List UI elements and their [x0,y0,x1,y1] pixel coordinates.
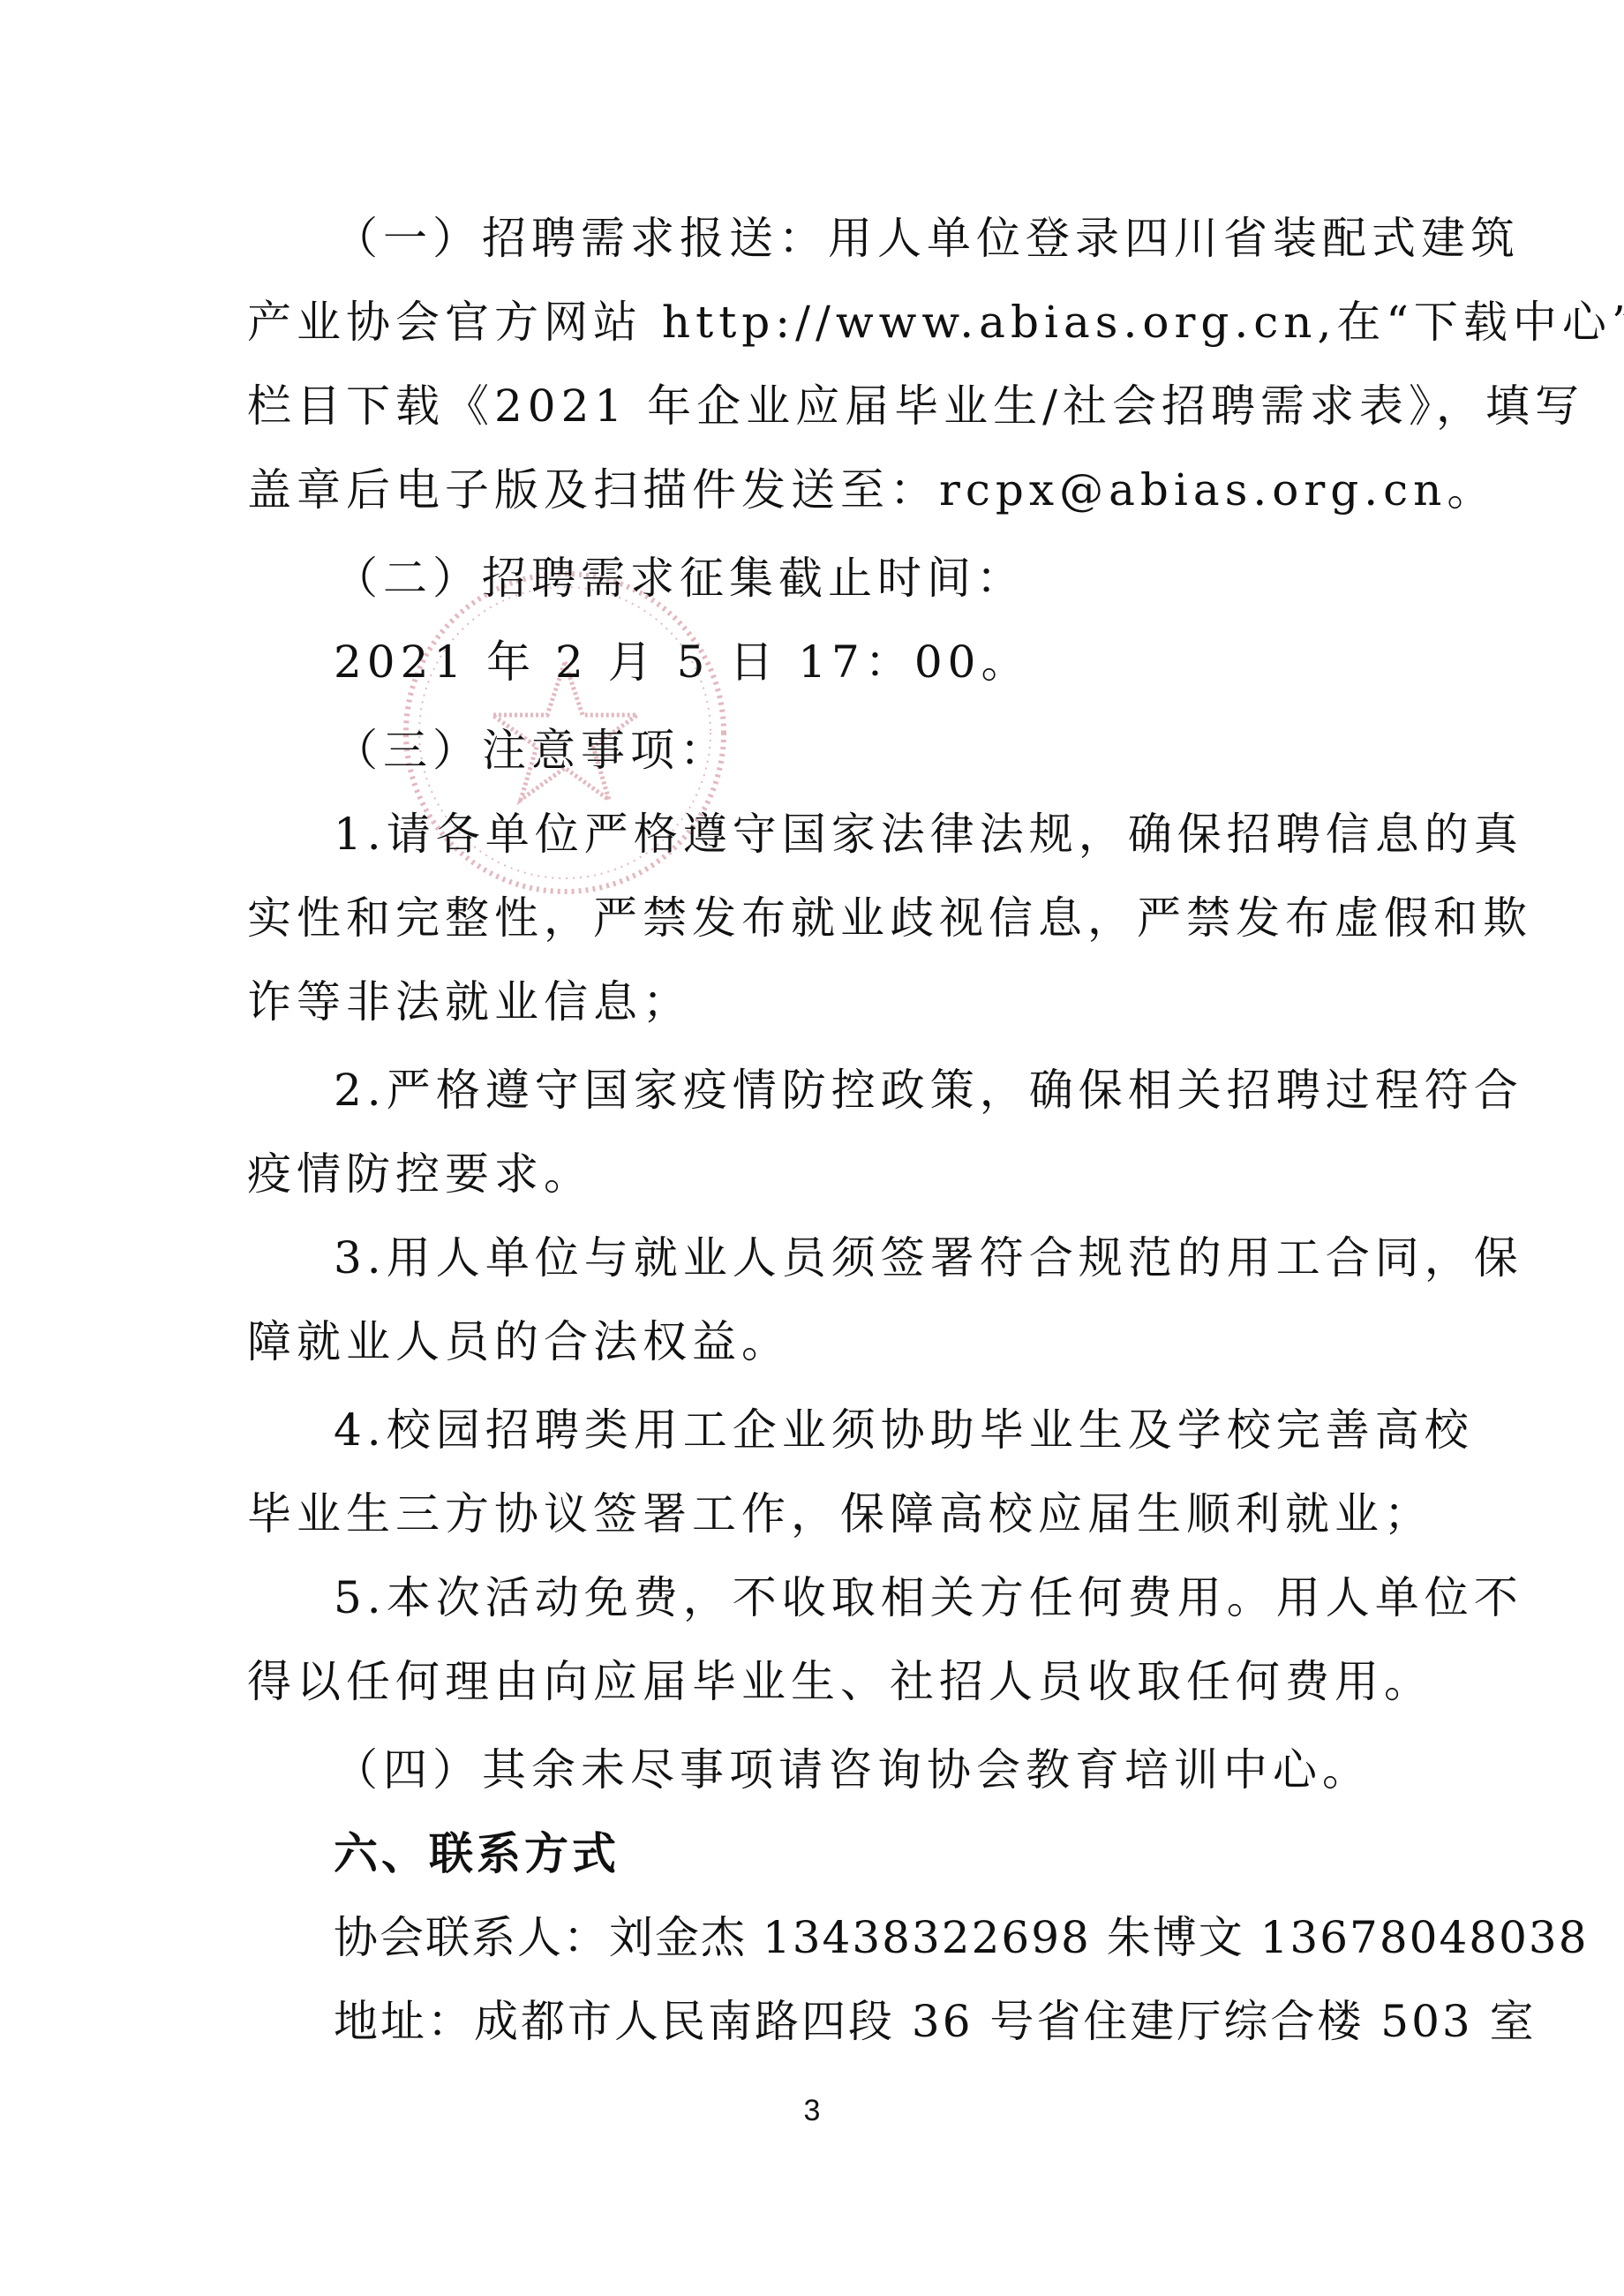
document-page: （一）招聘需求报送：用人单位登录四川省装配式建筑 产业协会官方网站 http:/… [0,0,1624,2296]
page-number: 3 [0,2094,1624,2128]
note-2-line-2: 疫情防控要求。 [247,1148,1395,1201]
note-3-line-1: 3.用人单位与就业人员须签署符合规范的用工合同，保 [334,1231,1393,1284]
deadline-text: 2021 年 2 月 5 日 17：00。 [334,636,1393,689]
item-4-text: （四）其余未尽事项请咨询协会教育培训中心。 [334,1743,1393,1796]
contact-heading: 六、联系方式 [334,1827,1393,1880]
contacts-line: 协会联系人：刘金杰 13438322698 朱博文 13678048038 [334,1911,1393,1964]
item-3-title: （三）注意事项： [334,724,1393,777]
note-5-line-2: 得以任何理由向应届毕业生、社招人员收取任何费用。 [247,1655,1395,1708]
note-1-line-2: 实性和完整性，严禁发布就业歧视信息，严禁发布虚假和欺 [247,892,1395,945]
note-4-line-1: 4.校园招聘类用工企业须协助毕业生及学校完善高校 [334,1404,1393,1457]
item-1-line-4: 盖章后电子版及扫描件发送至：rcpx@abias.org.cn。 [247,463,1395,516]
note-4-line-2: 毕业生三方协议签署工作，保障高校应届生顺利就业； [247,1487,1395,1540]
item-1-line-3: 栏目下载《2021 年企业应届毕业生/社会招聘需求表》，填写 [247,380,1395,433]
note-3-line-2: 障就业人员的合法权益。 [247,1315,1395,1368]
note-5-line-1: 5.本次活动免费，不收取相关方任何费用。用人单位不 [334,1571,1393,1624]
item-1-line-2: 产业协会官方网站 http://www.abias.org.cn,在“下载中心” [247,296,1395,349]
item-1-line-1: （一）招聘需求报送：用人单位登录四川省装配式建筑 [334,212,1393,265]
note-1-line-1: 1.请各单位严格遵守国家法律法规，确保招聘信息的真 [334,808,1393,861]
note-2-line-1: 2.严格遵守国家疫情防控政策，确保相关招聘过程符合 [334,1064,1393,1117]
note-1-line-3: 诈等非法就业信息； [247,975,1395,1028]
item-2-line-1: （二）招聘需求征集截止时间： [334,552,1393,605]
address-line: 地址：成都市人民南路四段 36 号省住建厅综合楼 503 室 [334,1995,1393,2048]
